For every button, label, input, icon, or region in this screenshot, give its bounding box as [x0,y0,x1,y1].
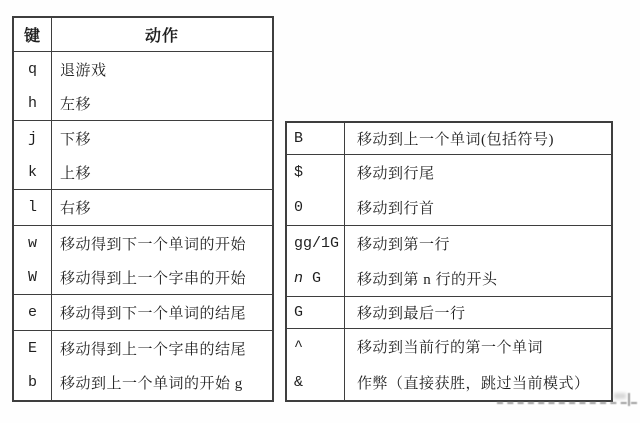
action-column: 移动得到下一个单词的结尾 [52,295,272,330]
key-column: G [287,297,345,328]
left-key-action-table: 键 动作 qh退游戏左移jk下移上移l右移wW移动得到下一个单词的开始移动得到上… [12,16,274,402]
action-column: 移动到上一个单词(包括符号) [345,123,611,154]
table-row-group: qh退游戏左移 [14,52,272,121]
action-cell: 移动到第一行 [357,226,611,261]
key-cell: $ [287,155,344,190]
table-row-group: G移动到最后一行 [287,297,611,329]
action-column: 移动得到下一个单词的开始移动得到上一个字串的开始 [52,226,272,294]
key-cell: b [14,366,51,401]
key-cell: ^ [287,329,344,365]
table-row-group: wW移动得到下一个单词的开始移动得到上一个字串的开始 [14,226,272,295]
action-column: 移动得到上一个字串的结尾移动到上一个单词的开始 g [52,331,272,400]
table-row-group: gg/1Gn G移动到第一行移动到第 n 行的开头 [287,226,611,297]
key-cell: & [287,365,344,401]
key-cell: n G [287,261,344,296]
table-header-row: 键 动作 [14,18,272,52]
key-column: $0 [287,155,345,225]
watermark-blob [614,393,626,399]
right-key-action-table: B移动到上一个单词(包括符号)$0移动到行尾移动到行首gg/1Gn G移动到第一… [285,121,613,402]
key-cell: B [287,123,344,154]
table-row-group: jk下移上移 [14,121,272,190]
key-column: jk [14,121,52,189]
action-cell: 移动到第 n 行的开头 [357,261,611,296]
key-cell: 0 [287,190,344,225]
key-cell: G [287,297,344,328]
key-cell: e [14,295,51,330]
action-column: 移动到当前行的第一个单词作弊（直接获胜，跳过当前模式） [345,329,611,400]
key-cell: E [14,331,51,366]
action-cell: 移动到上一个单词的开始 g [60,366,272,401]
action-cell: 移动到行尾 [357,155,611,190]
action-column: 右移 [52,190,272,225]
action-column: 下移上移 [52,121,272,189]
table-row-group: B移动到上一个单词(包括符号) [287,123,611,155]
key-column: l [14,190,52,225]
key-column: Eb [14,331,52,400]
action-cell: 移动得到下一个单词的结尾 [60,295,272,330]
header-key-label: 键 [14,18,52,51]
watermark-smudge-line [497,402,637,404]
table-row-group: ^&移动到当前行的第一个单词作弊（直接获胜，跳过当前模式） [287,329,611,400]
key-column: gg/1Gn G [287,226,345,296]
key-cell: l [14,190,51,225]
action-cell: 移动得到下一个单词的开始 [60,226,272,260]
key-cell: W [14,260,51,294]
table-row-group: $0移动到行尾移动到行首 [287,155,611,226]
action-cell: 移动到当前行的第一个单词 [357,329,611,365]
action-cell: 移动到最后一行 [357,297,611,328]
key-column: B [287,123,345,154]
watermark-tick [628,393,630,406]
key-cell: q [14,52,51,86]
action-cell: 退游戏 [60,52,272,86]
action-cell: 左移 [60,86,272,120]
action-cell: 移动得到上一个字串的结尾 [60,331,272,366]
table-row-group: e移动得到下一个单词的结尾 [14,295,272,331]
action-cell: 作弊（直接获胜，跳过当前模式） [357,365,611,401]
table-row-group: Eb移动得到上一个字串的结尾移动到上一个单词的开始 g [14,331,272,400]
table-row-group: l右移 [14,190,272,226]
header-action-label: 动作 [52,18,272,51]
action-cell: 上移 [60,155,272,189]
action-cell: 右移 [60,190,272,225]
action-column: 移动到最后一行 [345,297,611,328]
key-column: wW [14,226,52,294]
screenshot-root: 键 动作 qh退游戏左移jk下移上移l右移wW移动得到下一个单词的开始移动得到上… [0,0,640,423]
key-cell: w [14,226,51,260]
key-cell: j [14,121,51,155]
action-column: 移动到第一行移动到第 n 行的开头 [345,226,611,296]
action-cell: 移动到行首 [357,190,611,225]
key-cell: gg/1G [287,226,344,261]
key-column: ^& [287,329,345,400]
action-cell: 移动得到上一个字串的开始 [60,260,272,294]
action-column: 退游戏左移 [52,52,272,120]
key-column: e [14,295,52,330]
key-cell: h [14,86,51,120]
key-column: qh [14,52,52,120]
action-column: 移动到行尾移动到行首 [345,155,611,225]
action-cell: 下移 [60,121,272,155]
action-cell: 移动到上一个单词(包括符号) [357,123,611,154]
key-cell: k [14,155,51,189]
